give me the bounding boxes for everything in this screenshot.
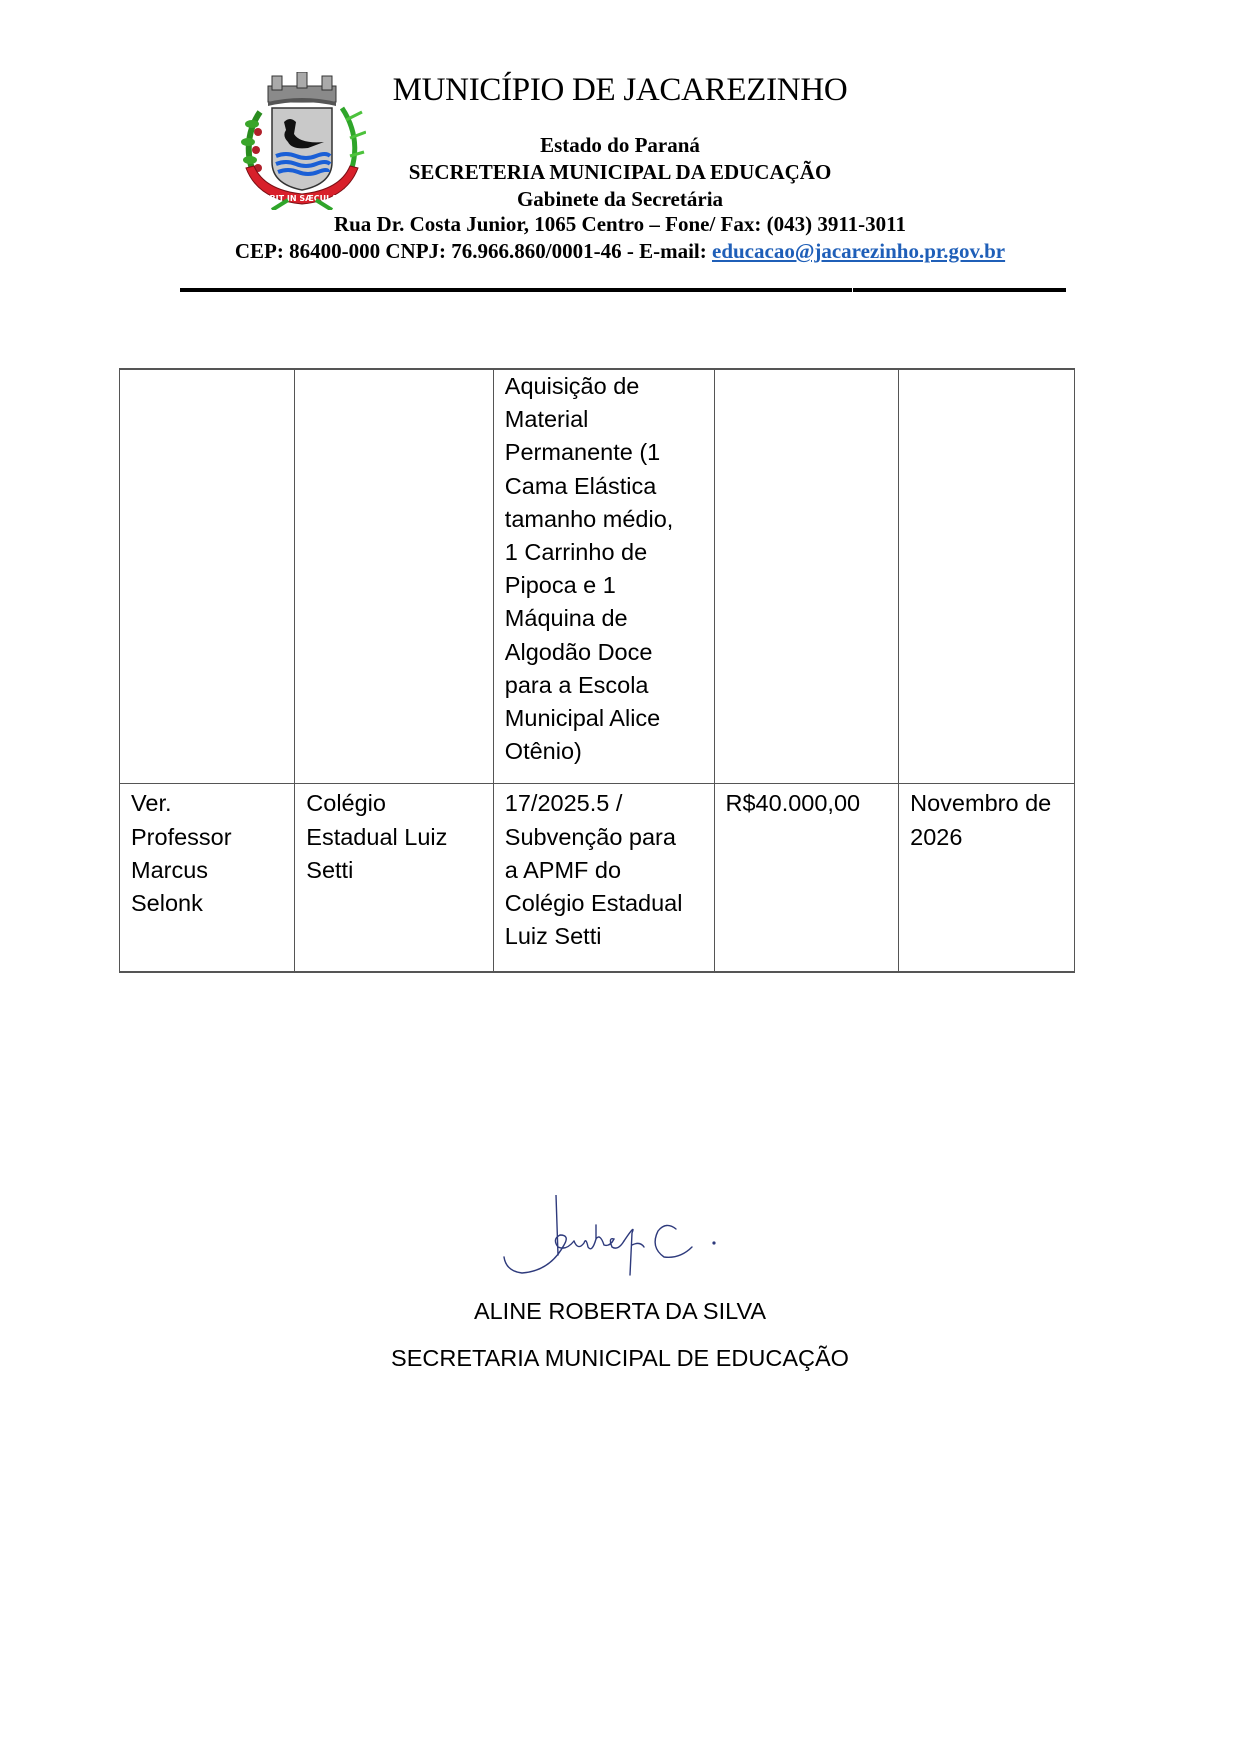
secretariat-name: SECRETERIA MUNICIPAL DA EDUCAÇÃO: [370, 159, 870, 186]
cell-author: Ver.ProfessorMarcusSelonk: [120, 784, 295, 973]
cell-text-line: Otênio): [505, 735, 703, 768]
office-name: Gabinete da Secretária: [370, 186, 870, 213]
cell-object: 17/2025.5 /Subvenção paraa APMF doColégi…: [493, 784, 714, 973]
cell-text-line: Selonk: [131, 887, 283, 920]
cell-deadline: Novembro de2026: [899, 784, 1075, 973]
cell-text-line: tamanho médio,: [505, 503, 703, 536]
signer-role: SECRETARIA MUNICIPAL DE EDUCAÇÃO: [320, 1343, 920, 1373]
cell-text-line: para a Escola: [505, 669, 703, 702]
cell-author: [120, 369, 295, 784]
cell-text-line: Novembro de: [910, 787, 1063, 820]
cell-text-line: Máquina de: [505, 602, 703, 635]
cell-text-line: Colégio: [306, 787, 482, 820]
cell-text-line: 1 Carrinho de: [505, 536, 703, 569]
municipality-title: MUNICÍPIO DE JACAREZINHO: [370, 70, 870, 110]
svg-text:IBIT IN SÆCULA: IBIT IN SÆCULA: [267, 194, 339, 203]
cell-text-line: Professor: [131, 821, 283, 854]
cell-text-line: Aquisição de: [505, 370, 703, 403]
table-row: Ver.ProfessorMarcusSelonkColégioEstadual…: [120, 784, 1075, 973]
cep-cnpj-text: CEP: 86400-000 CNPJ: 76.966.860/0001-46 …: [235, 239, 712, 263]
cell-text-line: Estadual Luiz: [306, 821, 482, 854]
cell-text-line: Pipoca e 1: [505, 569, 703, 602]
cell-text-line: Luiz Setti: [505, 920, 703, 953]
cell-value: R$40.000,00: [714, 784, 899, 973]
cell-text-line: Municipal Alice: [505, 702, 703, 735]
cell-text-line: Material: [505, 403, 703, 436]
state-name: Estado do Paraná: [370, 132, 870, 159]
email-link[interactable]: educacao@jacarezinho.pr.gov.br: [712, 239, 1005, 263]
contact-line: CEP: 86400-000 CNPJ: 76.966.860/0001-46 …: [120, 238, 1120, 265]
cell-text-line: Cama Elástica: [505, 470, 703, 503]
table-row: Aquisição deMaterialPermanente (1Cama El…: [120, 369, 1075, 784]
cell-text-line: Marcus: [131, 854, 283, 887]
cell-deadline: [899, 369, 1075, 784]
cell-beneficiary: [295, 369, 494, 784]
cell-text-line: Subvenção para: [505, 821, 703, 854]
cell-text-line: Algodão Doce: [505, 636, 703, 669]
cell-text-line: 17/2025.5 /: [505, 787, 703, 820]
cell-text-line: Setti: [306, 854, 482, 887]
cell-value: [714, 369, 899, 784]
header-divider: [180, 288, 1066, 292]
document-page: IBIT IN SÆCULA MUNICÍPIO DE JACAREZINHO …: [0, 0, 1240, 1755]
handwritten-signature-icon: [500, 1195, 730, 1277]
cell-text-line: Ver.: [131, 787, 283, 820]
cell-object: Aquisição deMaterialPermanente (1Cama El…: [493, 369, 714, 784]
coat-of-arms-icon: IBIT IN SÆCULA: [238, 72, 366, 210]
cell-text-line: R$40.000,00: [726, 787, 888, 820]
amendments-table: Aquisição deMaterialPermanente (1Cama El…: [119, 368, 1075, 973]
cell-text-line: 2026: [910, 821, 1063, 854]
divider-gap: [852, 288, 853, 292]
signer-name: ALINE ROBERTA DA SILVA: [320, 1296, 920, 1326]
address-line: Rua Dr. Costa Junior, 1065 Centro – Fone…: [120, 211, 1120, 238]
cell-text-line: a APMF do: [505, 854, 703, 887]
cell-text-line: Permanente (1: [505, 436, 703, 469]
cell-text-line: Colégio Estadual: [505, 887, 703, 920]
cell-beneficiary: ColégioEstadual LuizSetti: [295, 784, 494, 973]
